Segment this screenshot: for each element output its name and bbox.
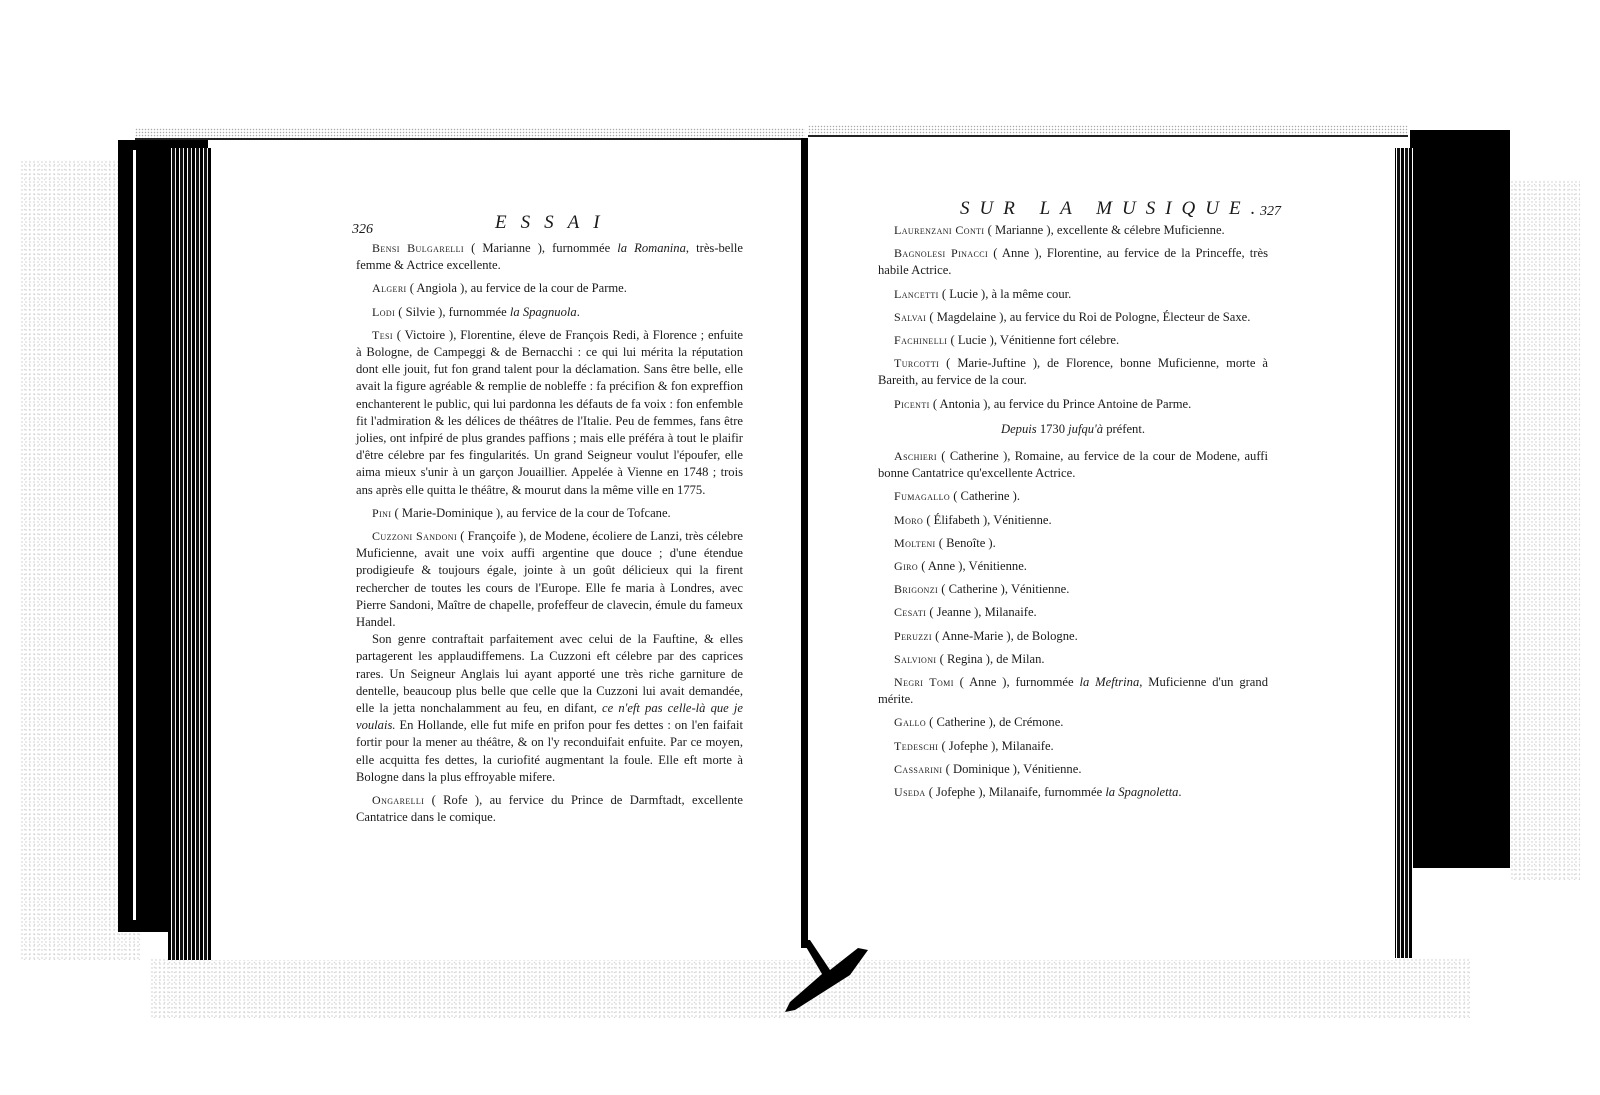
entry: Giro ( Anne ), Vénitienne.	[878, 558, 1268, 575]
entry: Fumagallo ( Catherine ).	[878, 488, 1268, 505]
entry: Algeri ( Angiola ), au fervice de la cou…	[356, 280, 743, 297]
paragraph: Son genre contraftait parfaitement avec …	[356, 631, 743, 786]
entry: Fachinelli ( Lucie ), Vénitienne fort cé…	[878, 332, 1268, 349]
page-edges-left	[168, 148, 212, 960]
entry: Tesi ( Victoire ), Florentine, éleve de …	[356, 327, 743, 499]
entry: Salvai ( Magdelaine ), au fervice du Roi…	[878, 309, 1268, 326]
entry: Aschieri ( Catherine ), Romaine, au ferv…	[878, 448, 1268, 482]
table-shadow-right	[1510, 180, 1580, 880]
running-head-left: ESSAI	[495, 212, 614, 234]
entry: Molteni ( Benoîte ).	[878, 535, 1268, 552]
entry: Peruzzi ( Anne-Marie ), de Bologne.	[878, 628, 1268, 645]
page-edges-right	[1393, 148, 1413, 958]
entry: Cuzzoni Sandoni ( Françoife ), de Modene…	[356, 528, 743, 631]
entry: Picenti ( Antonia ), au fervice du Princ…	[878, 396, 1268, 413]
entry: Tedeschi ( Jofephe ), Milanaife.	[878, 738, 1268, 755]
entry: Turcotti ( Marie-Juftine ), de Florence,…	[878, 355, 1268, 389]
entry: Bensi Bulgarelli ( Marianne ), furnommée…	[356, 240, 743, 274]
entry: Negri Tomi ( Anne ), furnommée la Meftri…	[878, 674, 1268, 708]
entry: Lancetti ( Lucie ), à la même cour.	[878, 286, 1268, 303]
entry: Cesati ( Jeanne ), Milanaife.	[878, 604, 1268, 621]
page-top-edge-right	[808, 125, 1408, 137]
cover-highlight	[133, 150, 136, 920]
entry: Laurenzani Conti ( Marianne ), excellent…	[878, 222, 1268, 239]
entry: Salvioni ( Regina ), de Milan.	[878, 651, 1268, 668]
entry: Lodi ( Silvie ), furnommée la Spagnuola.	[356, 304, 743, 321]
entry: Brigonzi ( Catherine ), Vénitienne.	[878, 581, 1268, 598]
page-number-right: 327	[1260, 204, 1281, 220]
entry: Pini ( Marie-Dominique ), au fervice de …	[356, 505, 743, 522]
page-number-left: 326	[352, 222, 373, 238]
book-gutter	[801, 138, 808, 948]
entry: Cassarini ( Dominique ), Vénitienne.	[878, 761, 1268, 778]
entry: Moro ( Élifabeth ), Vénitienne.	[878, 512, 1268, 529]
running-head-right: SUR LA MUSIQUE.	[960, 198, 1265, 220]
entry: Bagnolesi Pinacci ( Anne ), Florentine, …	[878, 245, 1268, 279]
entry: Gallo ( Catherine ), de Crémone.	[878, 714, 1268, 731]
entry: Ongarelli ( Rofe ), au fervice du Prince…	[356, 792, 743, 826]
entry: Useda ( Jofephe ), Milanaife, furnommée …	[878, 784, 1268, 801]
ribbon-bookmark-icon	[770, 940, 890, 1030]
section-heading: Depuis 1730 jufqu'à préfent.	[878, 421, 1268, 438]
left-page-text: Bensi Bulgarelli ( Marianne ), furnommée…	[356, 240, 743, 833]
page-top-edge-left	[135, 128, 805, 140]
book-cover-right	[1410, 130, 1510, 868]
right-page-text: Laurenzani Conti ( Marianne ), excellent…	[878, 222, 1268, 807]
